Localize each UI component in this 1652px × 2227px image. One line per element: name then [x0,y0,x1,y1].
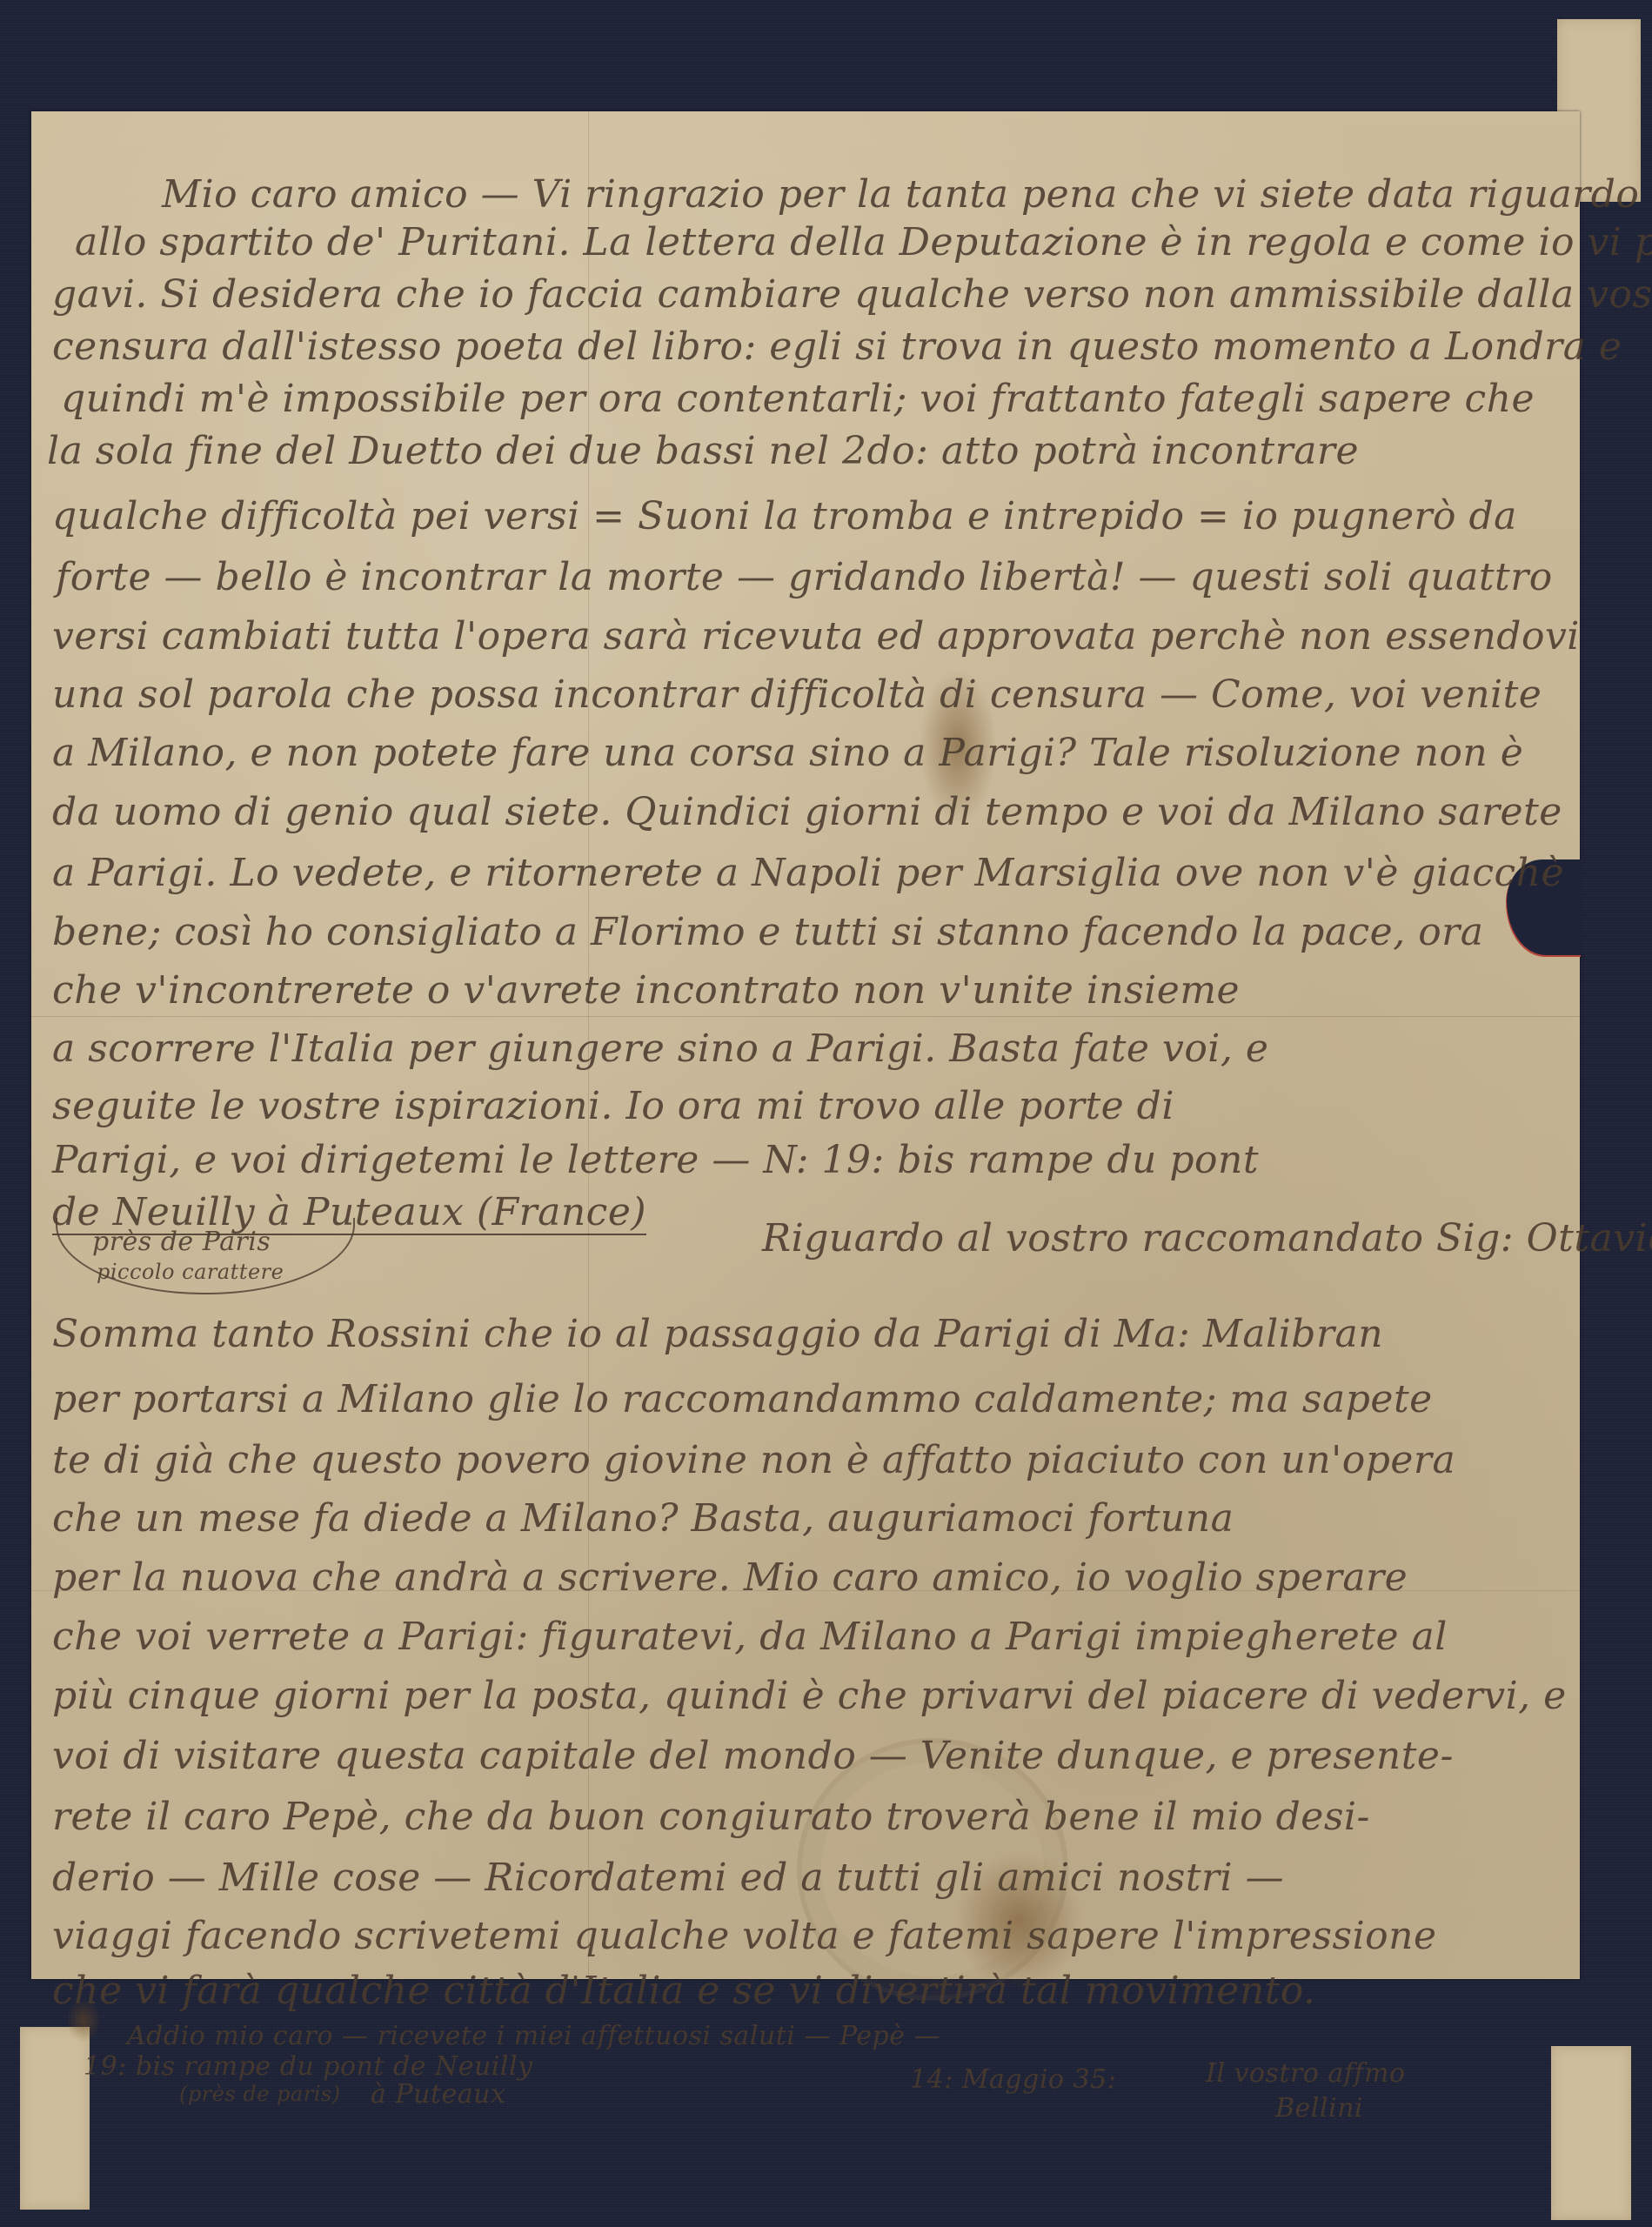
letter-line: che v'incontrerete o v'avrete incontrato… [52,968,1240,1013]
letter-line: che vi farà qualche città d'Italia e se … [52,1969,1316,2013]
letter-line: per portarsi a Milano glie lo raccomanda… [52,1377,1433,1421]
mount-tab-bottom-left [20,2027,90,2210]
fold-line-horizontal [31,1016,1580,1017]
letter-line: per la nuova che andrà a scrivere. Mio c… [52,1555,1408,1600]
letter-line: versi cambiati tutta l'opera sarà ricevu… [52,614,1580,659]
letter-line: che voi verrete a Parigi: figuratevi, da… [52,1615,1448,1659]
letter-line: te di già che questo povero giovine non … [52,1438,1455,1482]
letter-line: viaggi facendo scrivetemi qualche volta … [52,1914,1437,1958]
signature: Bellini [1275,2093,1363,2123]
footer-address: (près de paris) [179,2082,341,2106]
letter-line: seguite le vostre ispirazioni. Io ora mi… [52,1084,1174,1128]
closing-line: Addio mio caro — ricevete i miei affettu… [127,2021,940,2051]
letter-line: gavi. Si desidera che io faccia cambiare… [52,272,1652,317]
letter-line: a Parigi. Lo vedete, e ritornerete a Nap… [52,851,1564,895]
letter-line: Mio caro amico — Vi ringrazio per la tan… [162,172,1639,217]
letter-line: a Milano, e non potete fare una corsa si… [52,731,1523,775]
aside-note: près de Paris [92,1227,271,1257]
letter-line: a scorrere l'Italia per giungere sino a … [52,1027,1268,1071]
letter-line: qualche difficoltà pei versi = Suoni la … [52,494,1517,538]
letter-line: voi di visitare questa capitale del mond… [52,1734,1454,1778]
letter-line: forte — bello è incontrar la morte — gri… [56,555,1553,599]
letter-line: quindi m'è impossibile per ora contentar… [61,377,1535,421]
letter-line: allo spartito de' Puritani. La lettera d… [75,220,1652,264]
letter-line: da uomo di genio qual siete. Quindici gi… [52,790,1562,834]
aside-note: piccolo carattere [97,1260,284,1284]
footer-address: 19: bis rampe du pont de Neuilly [84,2051,533,2082]
letter-line: censura dall'istesso poeta del libro: eg… [52,324,1622,369]
letter-line: che un mese fa diede a Milano? Basta, au… [52,1496,1234,1541]
date-line: 14: Maggio 35: [910,2064,1116,2095]
footer-address: à Puteaux [371,2079,505,2110]
letter-line: bene; così ho consigliato a Florimo e tu… [52,910,1483,954]
letter-line: Riguardo al vostro raccomandato Sig: Ott… [762,1216,1652,1261]
letter-line: Somma tanto Rossini che io al passaggio … [52,1312,1383,1356]
mount-tab-bottom-right [1551,2046,1631,2220]
letter-line: la sola fine del Duetto dei due bassi ne… [47,429,1359,473]
letter-line: rete il caro Pepè, che da buon congiurat… [52,1795,1370,1839]
letter-line: derio — Mille cose — Ricordatemi ed a tu… [52,1856,1284,1900]
letter-paper: Mio caro amico — Vi ringrazio per la tan… [31,111,1580,1979]
letter-line: più cinque giorni per la posta, quindi è… [52,1674,1567,1718]
letter-line: Parigi, e voi dirigetemi le lettere — N:… [52,1138,1259,1182]
letter-line: una sol parola che possa incontrar diffi… [52,672,1542,717]
valediction: Il vostro affmo [1206,2058,1405,2089]
